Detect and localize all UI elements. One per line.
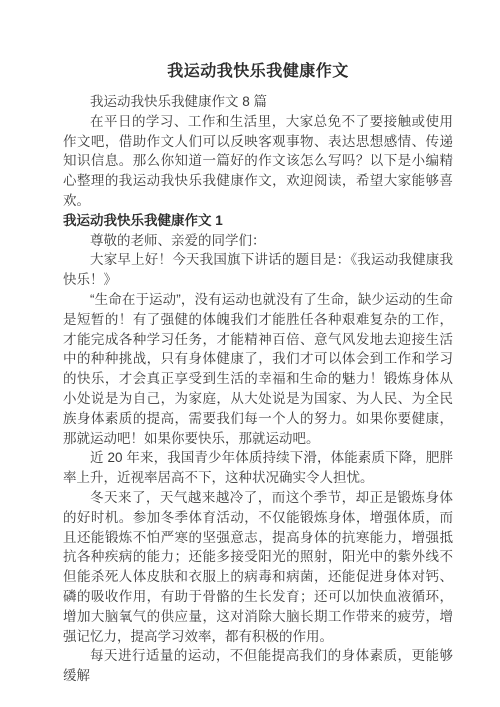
- intro-paragraph: 在平日的学习、工作和生活里，大家总免不了要接触或使用作文吧，借助作文人们可以反映…: [63, 112, 453, 211]
- greeting-paragraph: 大家早上好！今天我国旗下讲话的题目是：《我运动我健康我快乐！》: [63, 250, 453, 290]
- document-title: 我运动我快乐我健康作文: [63, 60, 453, 84]
- intro-count-line: 我运动我快乐我健康作文 8 篇: [63, 92, 453, 112]
- document-body: 我运动我快乐我健康作文 我运动我快乐我健康作文 8 篇 在平日的学习、工作和生活…: [63, 60, 453, 686]
- document-page: 我运动我快乐我健康作文 我运动我快乐我健康作文 8 篇 在平日的学习、工作和生活…: [0, 0, 500, 707]
- body-paragraph-daily-exercise-truncated: 每天进行适量的运动，不但能提高我们的身体素质，更能够缓解: [63, 646, 453, 686]
- section-heading-essay-1: 我运动我快乐我健康作文 1: [63, 211, 453, 231]
- body-paragraph-life-in-motion: “生命在于运动”，没有运动也就没有了生命，缺少运动的生命是短暂的！有了强健的体魄…: [63, 290, 453, 448]
- body-paragraph-winter-exercise: 冬天来了，天气越来越冷了，而这个季节，却正是锻炼身体的好时机。参加冬季体育活动，…: [63, 488, 453, 646]
- salutation-line: 尊敬的老师、亲爱的同学们：: [63, 231, 453, 251]
- body-paragraph-youth-fitness: 近 20 年来，我国青少年体质持续下滑，体能素质下降，肥胖率上升，近视率居高不下…: [63, 448, 453, 488]
